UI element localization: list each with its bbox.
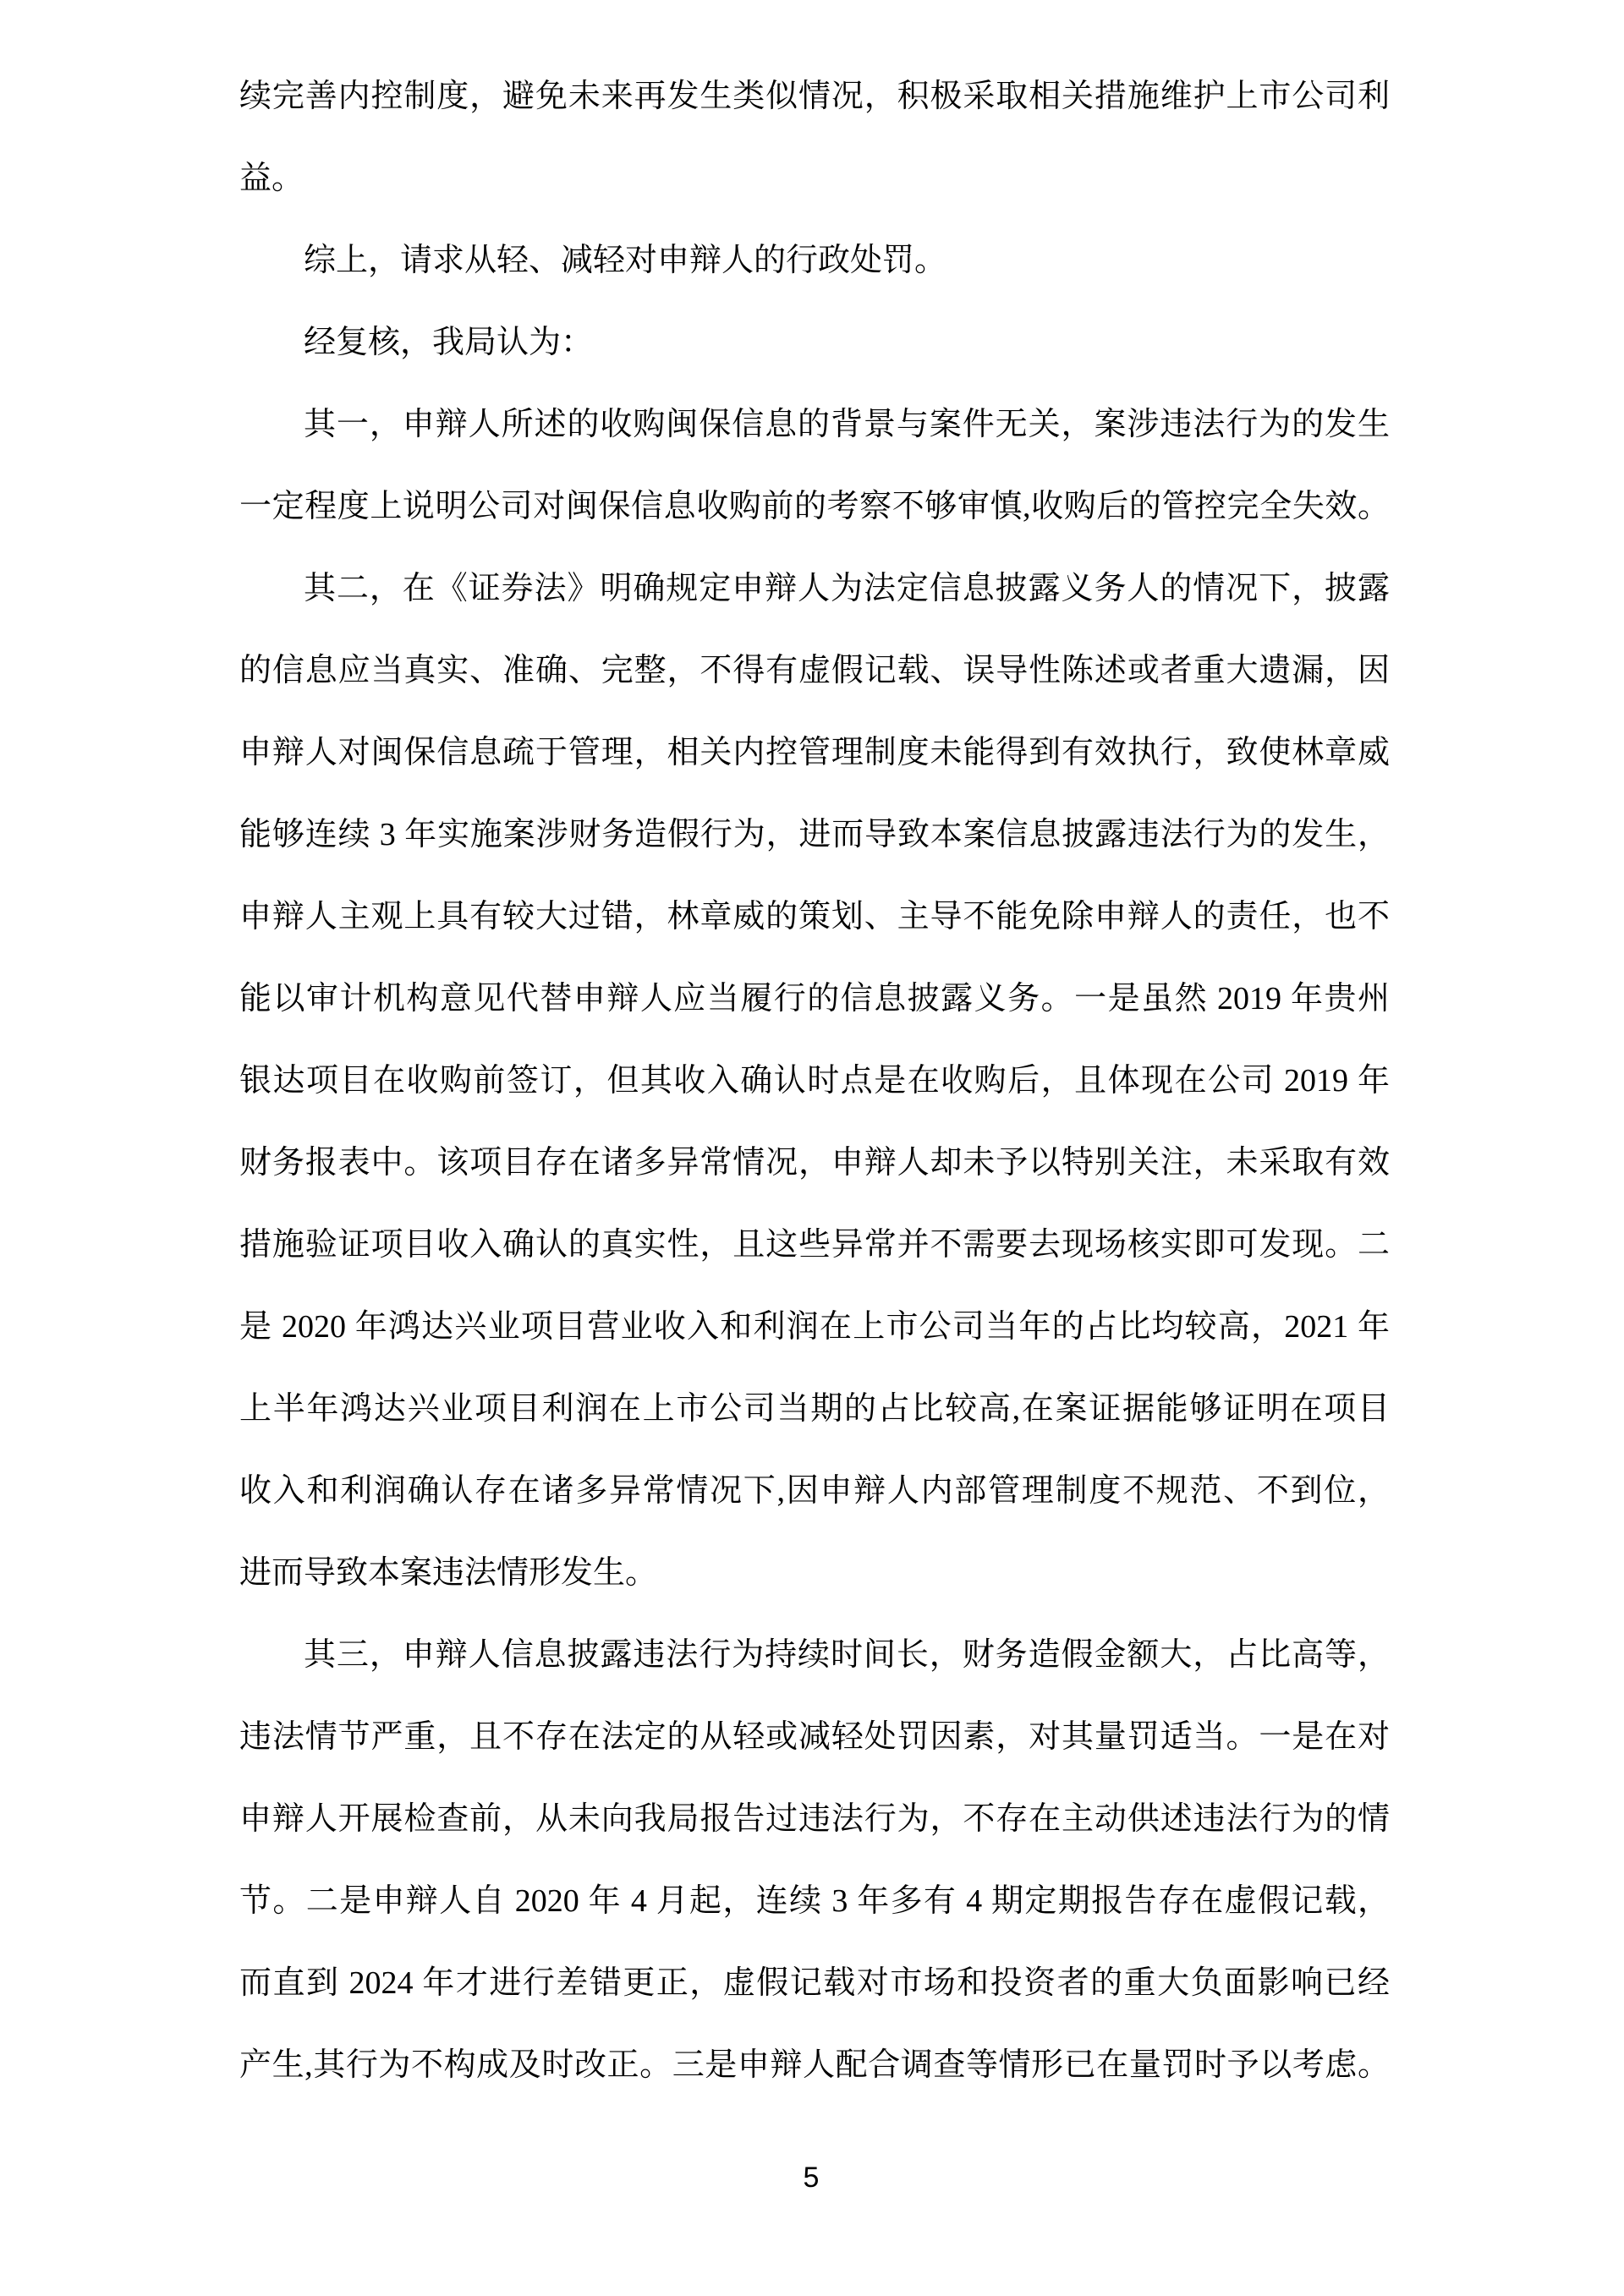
text-line: 能够连续 3 年实施案涉财务造假行为，进而导致本案信息披露违法行为的发生，	[239, 794, 1390, 876]
text-line: 而直到 2024 年才进行差错更正，虚假记载对市场和投资者的重大负面影响已经	[239, 1943, 1390, 2025]
text-line: 一定程度上说明公司对闽保信息收购前的考察不够审慎,收购后的管控完全失效。	[239, 466, 1390, 548]
text-line: 财务报表中。该项目存在诸多异常情况，申辩人却未予以特别关注，未采取有效	[239, 1122, 1390, 1204]
text-line: 申辩人主观上具有较大过错，林章威的策划、主导不能免除申辩人的责任，也不	[239, 876, 1390, 958]
document-page: 续完善内控制度，避免未来再发生类似情况，积极采取相关措施维护上市公司利益。综上，…	[0, 0, 1624, 2296]
text-line: 综上，请求从轻、减轻对申辩人的行政处罚。	[239, 220, 1390, 302]
text-line: 节。二是申辩人自 2020 年 4 月起，连续 3 年多有 4 期定期报告存在虚…	[239, 1860, 1390, 1943]
text-line: 能以审计机构意见代替申辩人应当履行的信息披露义务。一是虽然 2019 年贵州	[239, 958, 1390, 1040]
text-line: 产生,其行为不构成及时改正。三是申辩人配合调查等情形已在量罚时予以考虑。	[239, 2025, 1390, 2107]
text-line: 收入和利润确认存在诸多异常情况下,因申辩人内部管理制度不规范、不到位，	[239, 1450, 1390, 1532]
text-line: 其三，申辩人信息披露违法行为持续时间长，财务造假金额大，占比高等，	[239, 1614, 1390, 1696]
text-line: 申辩人开展检查前，从未向我局报告过违法行为，不存在主动供述违法行为的情	[239, 1778, 1390, 1860]
text-line: 经复核，我局认为：	[239, 302, 1390, 384]
text-line: 进而导致本案违法情形发生。	[239, 1532, 1390, 1614]
text-line: 上半年鸿达兴业项目利润在上市公司当期的占比较高,在案证据能够证明在项目	[239, 1368, 1390, 1450]
text-line: 申辩人对闽保信息疏于管理，相关内控管理制度未能得到有效执行，致使林章威	[239, 712, 1390, 794]
text-line: 续完善内控制度，避免未来再发生类似情况，积极采取相关措施维护上市公司利	[239, 56, 1390, 138]
text-line: 违法情节严重，且不存在法定的从轻或减轻处罚因素，对其量罚适当。一是在对	[239, 1696, 1390, 1778]
text-block: 续完善内控制度，避免未来再发生类似情况，积极采取相关措施维护上市公司利益。综上，…	[239, 56, 1390, 2107]
text-line: 益。	[239, 138, 1390, 220]
page-number: 5	[0, 2162, 1622, 2195]
text-line: 是 2020 年鸿达兴业项目营业收入和利润在上市公司当年的占比均较高，2021 …	[239, 1286, 1390, 1368]
text-line: 银达项目在收购前签订，但其收入确认时点是在收购后，且体现在公司 2019 年	[239, 1040, 1390, 1122]
text-line: 措施验证项目收入确认的真实性，且这些异常并不需要去现场核实即可发现。二	[239, 1204, 1390, 1286]
text-line: 的信息应当真实、准确、完整，不得有虚假记载、误导性陈述或者重大遗漏，因	[239, 630, 1390, 712]
text-line: 其一，申辩人所述的收购闽保信息的背景与案件无关，案涉违法行为的发生	[239, 384, 1390, 466]
text-line: 其二，在《证券法》明确规定申辩人为法定信息披露义务人的情况下，披露	[239, 548, 1390, 630]
